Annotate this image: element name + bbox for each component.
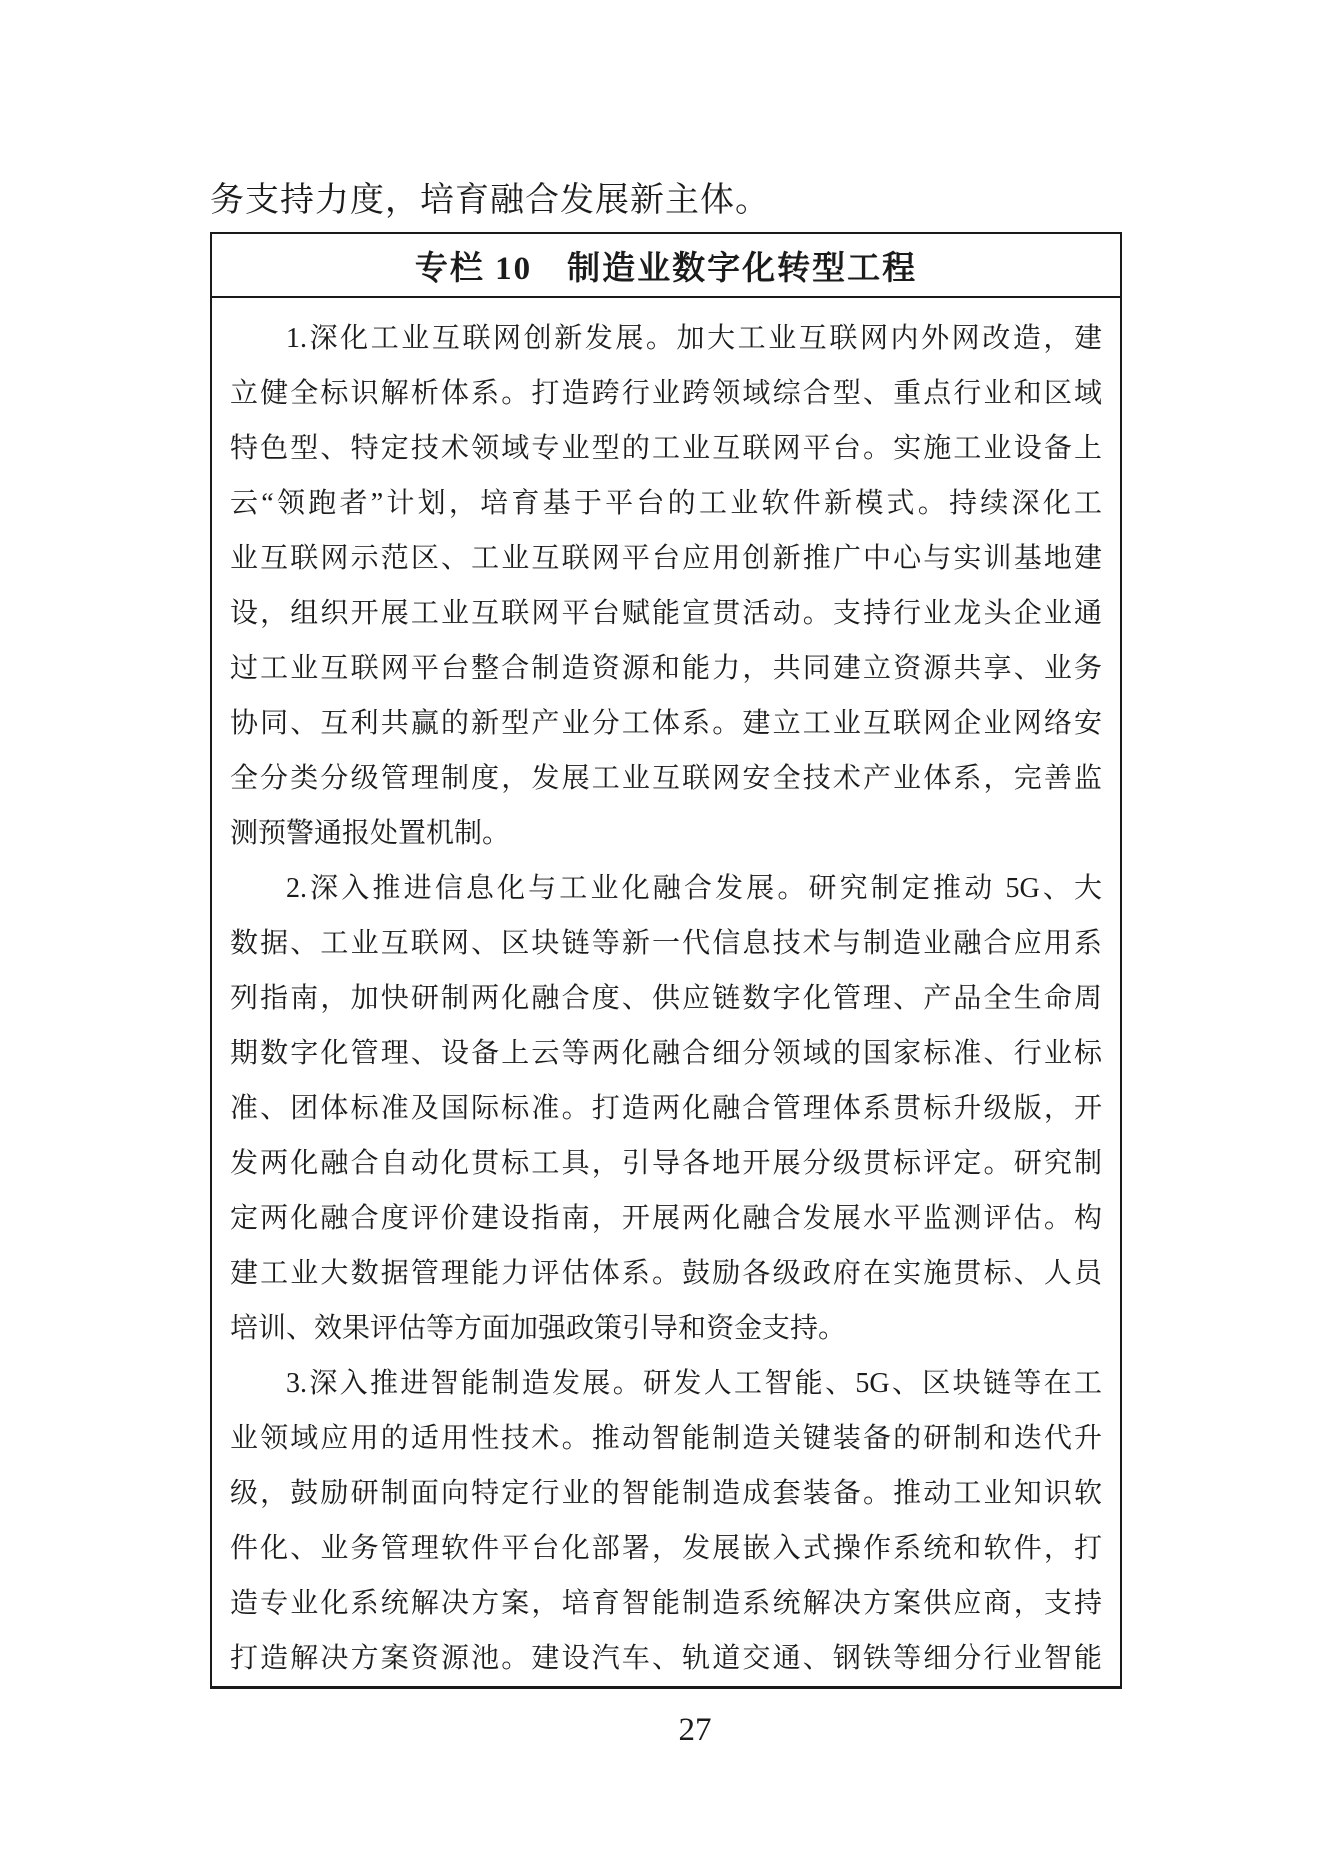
box-paragraph-line: 发两化融合自动化贯标工具，引导各地开展分级贯标评定。研究制: [230, 1136, 1102, 1191]
box-paragraph-line: 设，组织开展工业互联网平台赋能宣贯活动。支持行业龙头企业通: [230, 586, 1102, 641]
box-paragraph-line: 全分类分级管理制度，发展工业互联网安全技术产业体系，完善监: [230, 751, 1102, 806]
box-paragraph-line: 建工业大数据管理能力评估体系。鼓励各级政府在实施贯标、人员: [230, 1246, 1102, 1301]
box-paragraph-line: 培训、效果评估等方面加强政策引导和资金支持。: [230, 1301, 1102, 1356]
box-paragraph-line: 造专业化系统解决方案，培育智能制造系统解决方案供应商，支持: [230, 1576, 1102, 1631]
box-paragraph-line: 3.深入推进智能制造发展。研发人工智能、5G、区块链等在工: [230, 1356, 1102, 1411]
document-page: 务支持力度，培育融合发展新主体。 专栏 10 制造业数字化转型工程 1.深化工业…: [0, 0, 1323, 1871]
box-paragraph-line: 协同、互利共赢的新型产业分工体系。建立工业互联网企业网络安: [230, 696, 1102, 751]
box-paragraph-line: 2.深入推进信息化与工业化融合发展。研究制定推动 5G、大: [230, 861, 1102, 916]
callout-box: 专栏 10 制造业数字化转型工程 1.深化工业互联网创新发展。加大工业互联网内外…: [210, 232, 1122, 1689]
box-paragraph-line: 打造解决方案资源池。建设汽车、轨道交通、钢铁等细分行业智能: [230, 1631, 1102, 1686]
box-paragraph-line: 级，鼓励研制面向特定行业的智能制造成套装备。推动工业知识软: [230, 1466, 1102, 1521]
box-paragraph-line: 立健全标识解析体系。打造跨行业跨领域综合型、重点行业和区域: [230, 366, 1102, 421]
box-paragraph-line: 期数字化管理、设备上云等两化融合细分领域的国家标准、行业标: [230, 1026, 1102, 1081]
callout-box-title: 专栏 10 制造业数字化转型工程: [212, 234, 1120, 298]
box-paragraph-line: 列指南，加快研制两化融合度、供应链数字化管理、产品全生命周: [230, 971, 1102, 1026]
box-paragraph-line: 业领域应用的适用性技术。推动智能制造关键装备的研制和迭代升: [230, 1411, 1102, 1466]
box-paragraph-line: 数据、工业互联网、区块链等新一代信息技术与制造业融合应用系: [230, 916, 1102, 971]
box-paragraph-line: 云“领跑者”计划，培育基于平台的工业软件新模式。持续深化工: [230, 476, 1102, 531]
page-number: 27: [679, 1712, 712, 1749]
callout-box-body: 1.深化工业互联网创新发展。加大工业互联网内外网改造，建立健全标识解析体系。打造…: [212, 298, 1120, 1686]
box-paragraph-line: 1.深化工业互联网创新发展。加大工业互联网内外网改造，建: [230, 311, 1102, 366]
box-paragraph-line: 业互联网示范区、工业互联网平台应用创新推广中心与实训基地建: [230, 531, 1102, 586]
body-text-line: 务支持力度，培育融合发展新主体。: [210, 172, 770, 221]
box-paragraph-line: 件化、业务管理软件平台化部署，发展嵌入式操作系统和软件，打: [230, 1521, 1102, 1576]
box-paragraph-line: 准、团体标准及国际标准。打造两化融合管理体系贯标升级版，开: [230, 1081, 1102, 1136]
box-paragraph-line: 特色型、特定技术领域专业型的工业互联网平台。实施工业设备上: [230, 421, 1102, 476]
box-paragraph-line: 定两化融合度评价建设指南，开展两化融合发展水平监测评估。构: [230, 1191, 1102, 1246]
box-paragraph-line: 过工业互联网平台整合制造资源和能力，共同建立资源共享、业务: [230, 641, 1102, 696]
box-paragraph-line: 测预警通报处置机制。: [230, 806, 1102, 861]
